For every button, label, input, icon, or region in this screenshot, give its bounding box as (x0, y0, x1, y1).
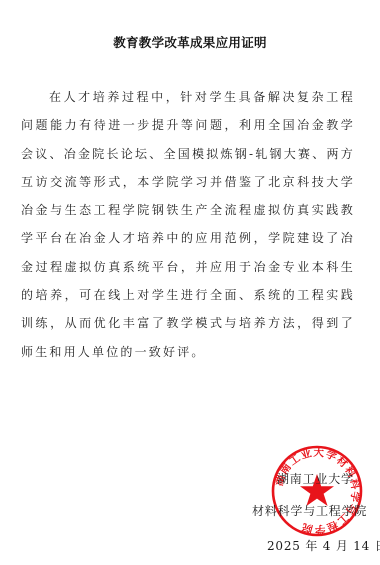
document-title: 教育教学改革成果应用证明 (0, 33, 380, 51)
document-body: 在人才培养过程中，针对学生具备解决复杂工程问题能力有待进一步提升等问题，利用全国… (21, 83, 355, 366)
signature-college: 材料科学与工程学院 (252, 502, 367, 519)
signature-date: 2025 年 4 月 14 日 (267, 537, 380, 554)
signature-university: 湖南工业大学 (277, 470, 354, 487)
official-seal-icon: 湖南工业大学材料科学与工程学院 (270, 444, 364, 538)
